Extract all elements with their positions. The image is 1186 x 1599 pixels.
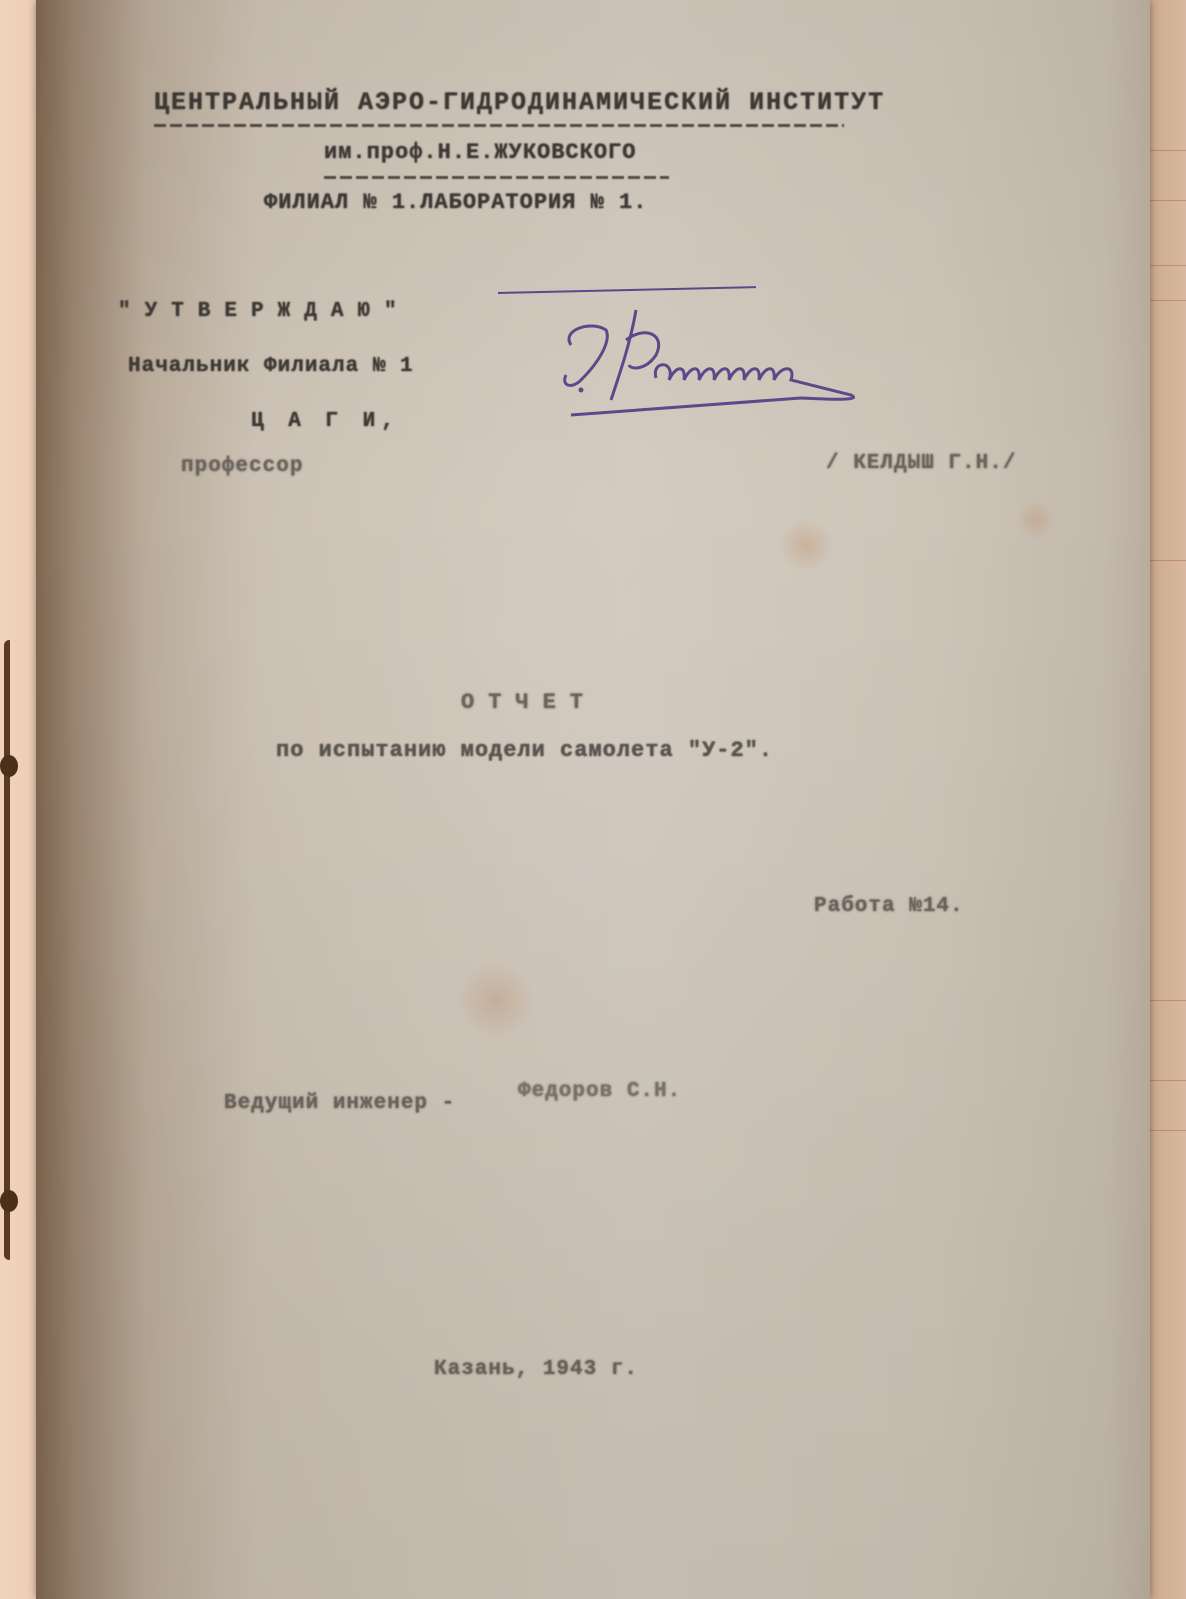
named-after-underline	[324, 176, 669, 179]
paper-stain	[776, 520, 836, 570]
binder-knot-bottom	[0, 1190, 18, 1212]
branch-laboratory: ФИЛИАЛ № 1.ЛАБОРАТОРИЯ № 1.	[264, 190, 647, 215]
institute-name: ЦЕНТРАЛЬНЫЙ АЭРО-ГИДРОДИНАМИЧЕСКИЙ ИНСТИ…	[154, 88, 885, 117]
header-underline	[154, 124, 844, 127]
work-number: Работа №14.	[814, 895, 964, 918]
binder-knot-top	[0, 755, 18, 777]
approver-name: / КЕЛДЫШ Г.Н./	[826, 452, 1016, 475]
approver-organization: Ц А Г И,	[251, 410, 400, 433]
institute-named-after: им.проф.Н.Е.ЖУКОВСКОГО	[324, 140, 636, 165]
report-heading: ОТЧЕТ	[461, 690, 597, 715]
approver-position: Начальник Филиала № 1	[128, 355, 414, 378]
photo-scene: ЦЕНТРАЛЬНЫЙ АЭРО-ГИДРОДИНАМИЧЕСКИЙ ИНСТИ…	[0, 0, 1186, 1599]
approver-title: профессор	[181, 455, 303, 478]
handwritten-signature	[551, 300, 871, 420]
document-page: ЦЕНТРАЛЬНЫЙ АЭРО-ГИДРОДИНАМИЧЕСКИЙ ИНСТИ…	[36, 0, 1150, 1599]
place-and-year: Казань, 1943 г.	[434, 1358, 638, 1381]
signature-line-top	[498, 286, 756, 294]
approved-label: "УТВЕРЖДАЮ"	[118, 300, 411, 323]
paper-stain	[1016, 500, 1056, 540]
binder-cord	[4, 640, 14, 1260]
paper-stain	[456, 960, 536, 1040]
engineer-name: Федоров С.Н.	[518, 1080, 681, 1103]
report-subtitle: по испытанию модели самолета "У-2".	[276, 738, 773, 763]
engineer-label: Ведущий инженер -	[224, 1092, 455, 1115]
